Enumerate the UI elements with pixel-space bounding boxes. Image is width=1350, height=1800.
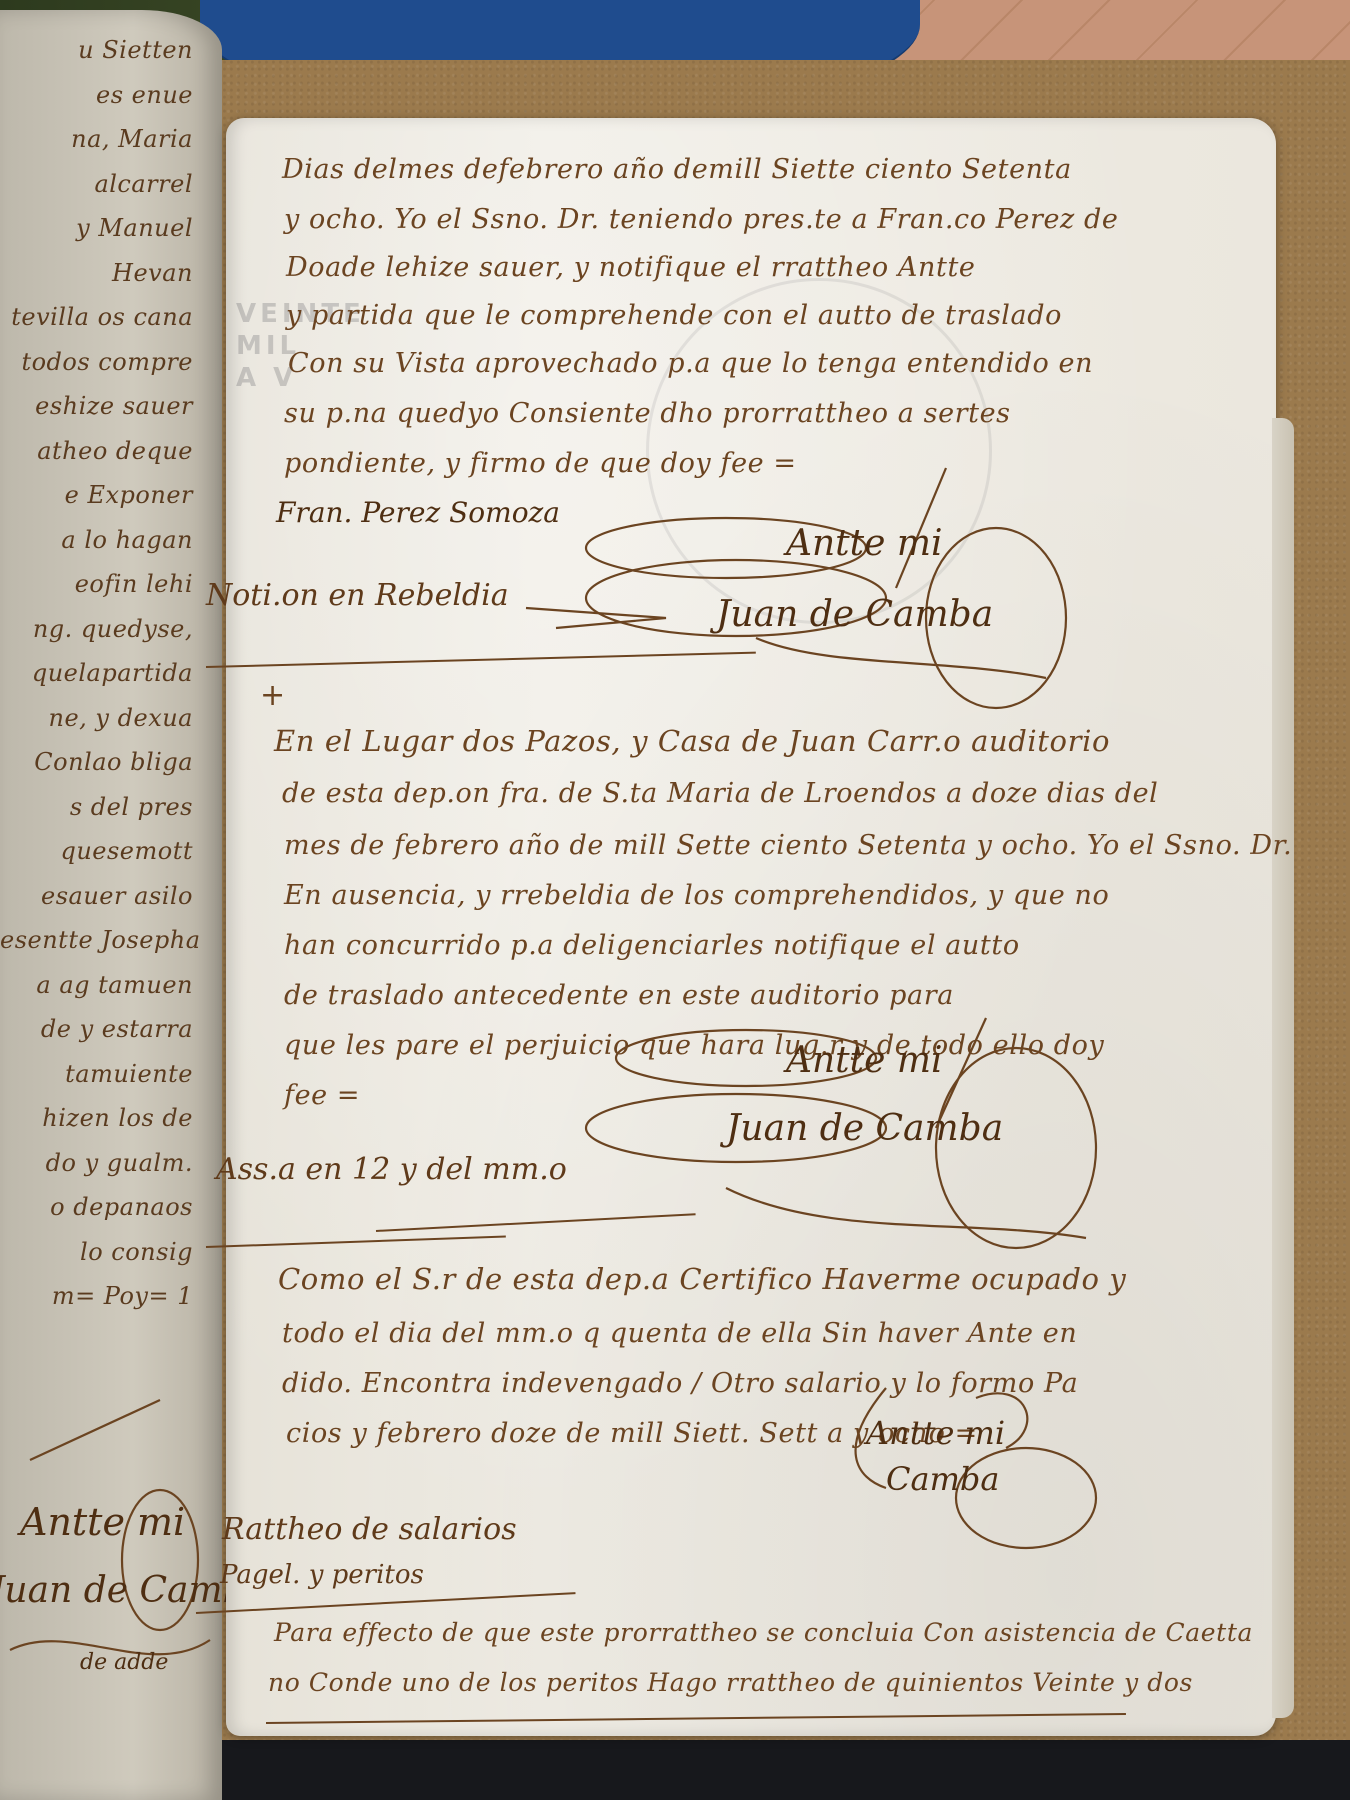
cross-mark: + — [260, 678, 285, 713]
text-line: fee = — [284, 1080, 360, 1111]
text-line: En el Lugar dos Pazos, y Casa de Juan Ca… — [274, 724, 1110, 758]
signature-line-3: de adde — [80, 1650, 168, 1675]
text-line: Con su Vista aprovechado p.a que lo teng… — [288, 348, 1093, 379]
text-line: y partida que le comprehende con el autt… — [286, 300, 1062, 331]
section-rule — [206, 1236, 506, 1248]
notary-signature-line-2: Camba — [886, 1460, 999, 1498]
signature-flourish-icon — [526, 468, 1086, 718]
manuscript-page-recto: VEINTE MIL A V Dias delmes defebrero año… — [226, 118, 1276, 1736]
left-line: lo consig — [0, 1230, 215, 1275]
left-line: s del pres — [0, 785, 215, 830]
left-notary-signature: Antte mi Juan de Camba de adde — [0, 1440, 220, 1700]
left-line: Hevan — [0, 251, 215, 296]
notary-signature-line-2: Juan de Camba — [716, 594, 993, 635]
text-line: Para effecto de que este prorrattheo se … — [274, 1618, 1253, 1647]
left-line: o depanaos — [0, 1185, 215, 1230]
left-line: eofin lehi — [0, 562, 215, 607]
margin-subtitle: Pagel. y peritos — [220, 1560, 424, 1590]
section-rule — [196, 1592, 576, 1614]
left-line: Conlao bliga — [0, 740, 215, 785]
margin-title: Noti.on en Rebeldia — [206, 578, 509, 613]
margin-title: Rattheo de salarios — [222, 1512, 517, 1547]
text-line: de traslado antecedente en este auditori… — [284, 980, 954, 1011]
left-line: y Manuel — [0, 206, 215, 251]
signature-line-1: Antte mi — [20, 1500, 185, 1544]
notary-signature-line-1: Antte mi — [866, 1414, 1005, 1452]
text-line: de esta dep.on fra. de S.ta Maria de Lro… — [282, 778, 1158, 809]
left-line: quesemott — [0, 829, 215, 874]
party-signature: Fran. Perez Somoza — [276, 496, 560, 529]
text-line: han concurrido p.a deligenciarles notifi… — [284, 930, 1020, 961]
left-line: u Sietten — [0, 28, 215, 73]
text-line: Dias delmes defebrero año demill Siette … — [282, 154, 1072, 185]
page-deckle-edge — [1272, 418, 1294, 1718]
left-line: do y gualm. — [0, 1141, 215, 1186]
left-line: todos compre — [0, 340, 215, 385]
closing-rule — [266, 1713, 1126, 1724]
left-line: ng. quedyse, — [0, 607, 215, 652]
left-line: es enue — [0, 73, 215, 118]
left-line: esauer asilo — [0, 874, 215, 919]
text-line: mes de febrero año de mill Sette ciento … — [284, 830, 1292, 861]
text-line: Doade lehize sauer, y notifique el rratt… — [286, 252, 976, 283]
notary-signature-line-1: Antte mi — [786, 523, 943, 564]
notary-signature-line-1: Antte mi — [786, 1040, 943, 1081]
left-line: atheo deque — [0, 429, 215, 474]
text-line: En ausencia, y rrebeldia de los comprehe… — [284, 880, 1109, 911]
left-line: a lo hagan — [0, 518, 215, 563]
text-line: su p.na quedyo Consiente dho prorrattheo… — [284, 398, 1011, 429]
left-line: tamuiente — [0, 1052, 215, 1097]
bottom-shadow — [160, 1740, 1350, 1800]
left-line: m= Poy= 1 — [0, 1274, 215, 1319]
left-line: quelapartida — [0, 651, 215, 696]
margin-title: Ass.a en 12 y del mm.o — [216, 1152, 567, 1187]
left-page-text: u Sietten es enue na, Maria alcarrel y M… — [0, 28, 215, 1319]
left-line: alcarrel — [0, 162, 215, 207]
text-line: Como el S.r de esta dep.a Certifico Have… — [278, 1262, 1126, 1296]
notary-signature-line-2: Juan de Camba — [726, 1108, 1003, 1149]
left-line: esentte Josepha — [0, 918, 215, 963]
text-line: no Conde uno de los peritos Hago rratthe… — [268, 1668, 1193, 1697]
left-line: hizen los de — [0, 1096, 215, 1141]
left-line: ne, y dexua — [0, 696, 215, 741]
left-line: na, Maria — [0, 117, 215, 162]
left-page-verso: u Sietten es enue na, Maria alcarrel y M… — [0, 10, 222, 1800]
left-line: eshize sauer — [0, 384, 215, 429]
left-line: e Exponer — [0, 473, 215, 518]
left-line: de y estarra — [0, 1007, 215, 1052]
left-line: tevilla os cana — [0, 295, 215, 340]
left-line: a ag tamuen — [0, 963, 215, 1008]
text-line: todo el dia del mm.o q quenta de ella Si… — [282, 1318, 1077, 1349]
text-line: y ocho. Yo el Ssno. Dr. teniendo pres.te… — [284, 204, 1119, 235]
